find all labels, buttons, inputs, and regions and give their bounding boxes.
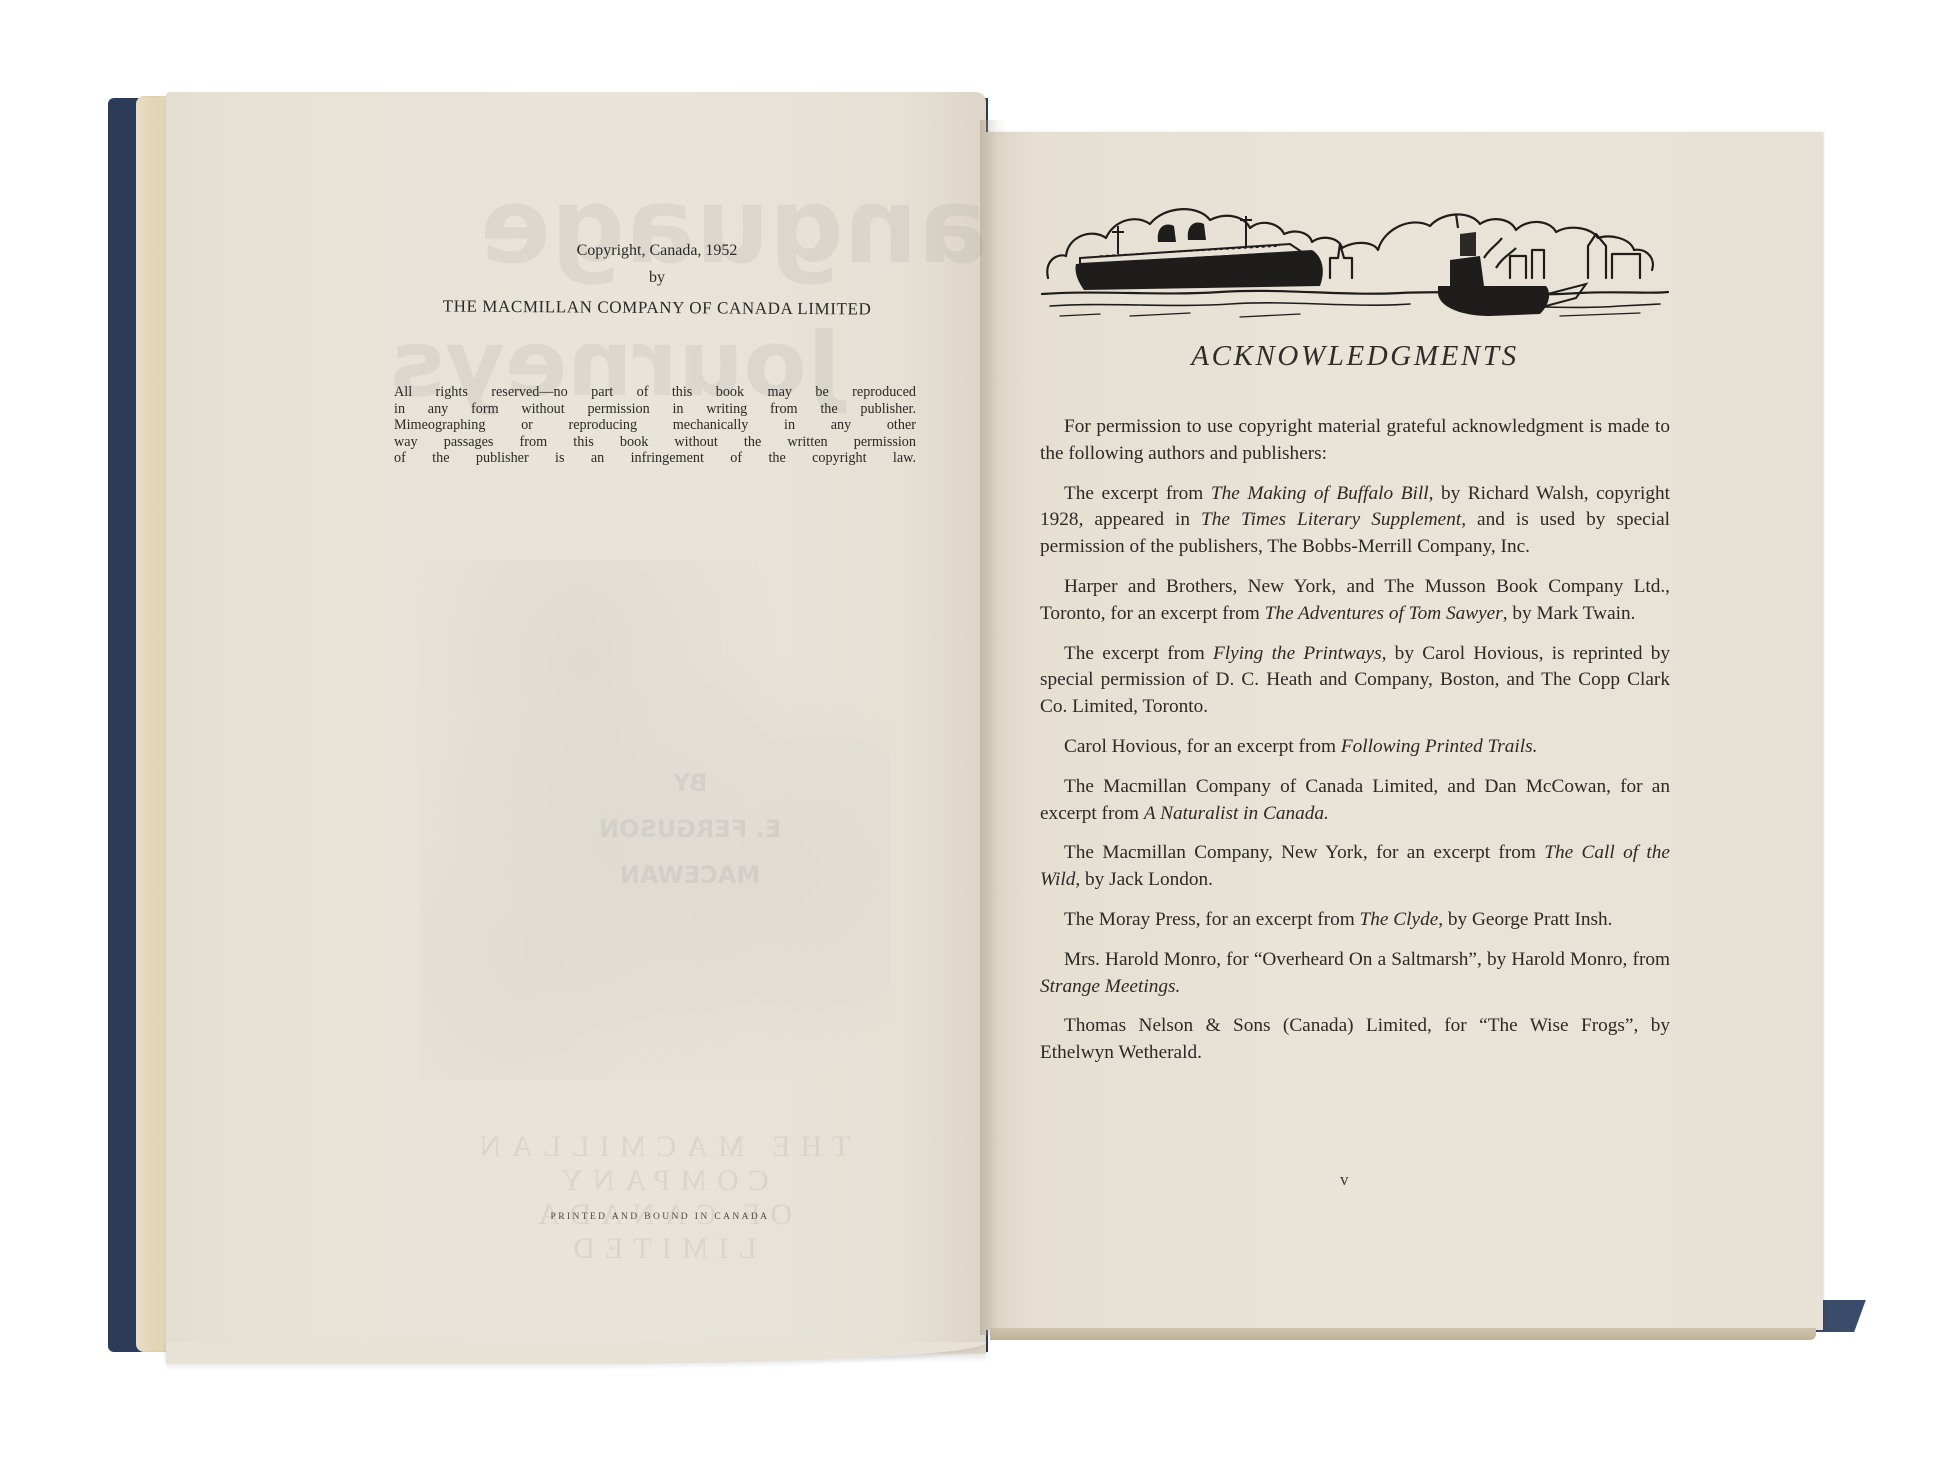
book-gutter <box>980 120 1008 1335</box>
work-title: Following Printed Trails. <box>1341 736 1538 757</box>
work-title: The Making of Buffalo Bill <box>1211 483 1429 504</box>
rights-line: in any form without permission in writin… <box>394 401 916 418</box>
acknowledgment-text: Thomas Nelson & Sons (Canada) Limited, f… <box>1040 1015 1670 1063</box>
acknowledgment-paragraph: The excerpt from The Making of Buffalo B… <box>1040 481 1670 561</box>
publisher-name: THE MACMILLAN COMPANY OF CANADA LIMITED <box>392 288 922 328</box>
acknowledgment-paragraph: The Moray Press, for an excerpt from The… <box>1040 907 1670 934</box>
acknowledgment-text: The excerpt from <box>1064 483 1211 504</box>
work-title: Flying the Printways <box>1213 643 1382 664</box>
work-title: The Times Literary Supplement <box>1201 509 1461 530</box>
copyright-notice: Copyright, Canada, 1952 by THE MACMILLAN… <box>392 236 922 326</box>
harbour-illustration <box>1040 198 1670 323</box>
acknowledgment-paragraph: Mrs. Harold Monro, for “Overheard On a S… <box>1040 947 1670 1001</box>
rights-reserved-notice: All rights reserved—no part of this book… <box>394 384 916 467</box>
acknowledgment-text: , by George Pratt Insh. <box>1438 909 1612 930</box>
acknowledgment-text: Carol Hovious, for an excerpt from <box>1064 736 1341 757</box>
copyright-line: Copyright, Canada, 1952 <box>392 236 922 266</box>
acknowledgment-text: The Macmillan Company, New York, for an … <box>1064 842 1544 863</box>
work-title: The Clyde <box>1360 909 1439 930</box>
acknowledgments-body: For permission to use copyright material… <box>1040 414 1670 1080</box>
work-title: Strange Meetings. <box>1040 976 1180 997</box>
acknowledgment-paragraph: The Macmillan Company, New York, for an … <box>1040 840 1670 894</box>
acknowledgments-heading: ACKNOWLEDGMENTS <box>1040 340 1670 373</box>
right-page-stack-edge <box>990 1328 1816 1340</box>
acknowledgment-text: The excerpt from <box>1064 643 1213 664</box>
acknowledgment-text: The Moray Press, for an excerpt from <box>1064 909 1360 930</box>
page-number: v <box>1340 1170 1349 1190</box>
acknowledgment-paragraph: Harper and Brothers, New York, and The M… <box>1040 574 1670 628</box>
acknowledgment-paragraph: The excerpt from Flying the Printways, b… <box>1040 641 1670 721</box>
acknowledgment-paragraph: Thomas Nelson & Sons (Canada) Limited, f… <box>1040 1013 1670 1067</box>
acknowledgment-text: Mrs. Harold Monro, for “Overheard On a S… <box>1064 949 1670 970</box>
acknowledgment-paragraph: Carol Hovious, for an excerpt from Follo… <box>1040 734 1670 761</box>
acknowledgment-text: The Macmillan Company of Canada Limited,… <box>1040 776 1670 824</box>
work-title: A Naturalist in Canada. <box>1144 803 1329 824</box>
acknowledgment-paragraph: For permission to use copyright material… <box>1040 414 1670 468</box>
rights-line: Mimeographing or reproducing mechanicall… <box>394 417 916 434</box>
rights-line: way passages from this book without the … <box>394 434 916 451</box>
acknowledgment-text: , by Mark Twain. <box>1503 603 1636 624</box>
work-title: The Adventures of Tom Sawyer <box>1265 603 1503 624</box>
by-line: by <box>392 266 922 290</box>
acknowledgment-text: , by Jack London. <box>1075 869 1213 890</box>
acknowledgment-paragraph: The Macmillan Company of Canada Limited,… <box>1040 774 1670 828</box>
rights-line: All rights reserved—no part of this book… <box>394 384 916 401</box>
acknowledgment-text: For permission to use copyright material… <box>1040 416 1670 464</box>
printed-in-canada: PRINTED AND BOUND IN CANADA <box>430 1212 890 1222</box>
rights-line: of the publisher is an infringement of t… <box>394 450 916 467</box>
